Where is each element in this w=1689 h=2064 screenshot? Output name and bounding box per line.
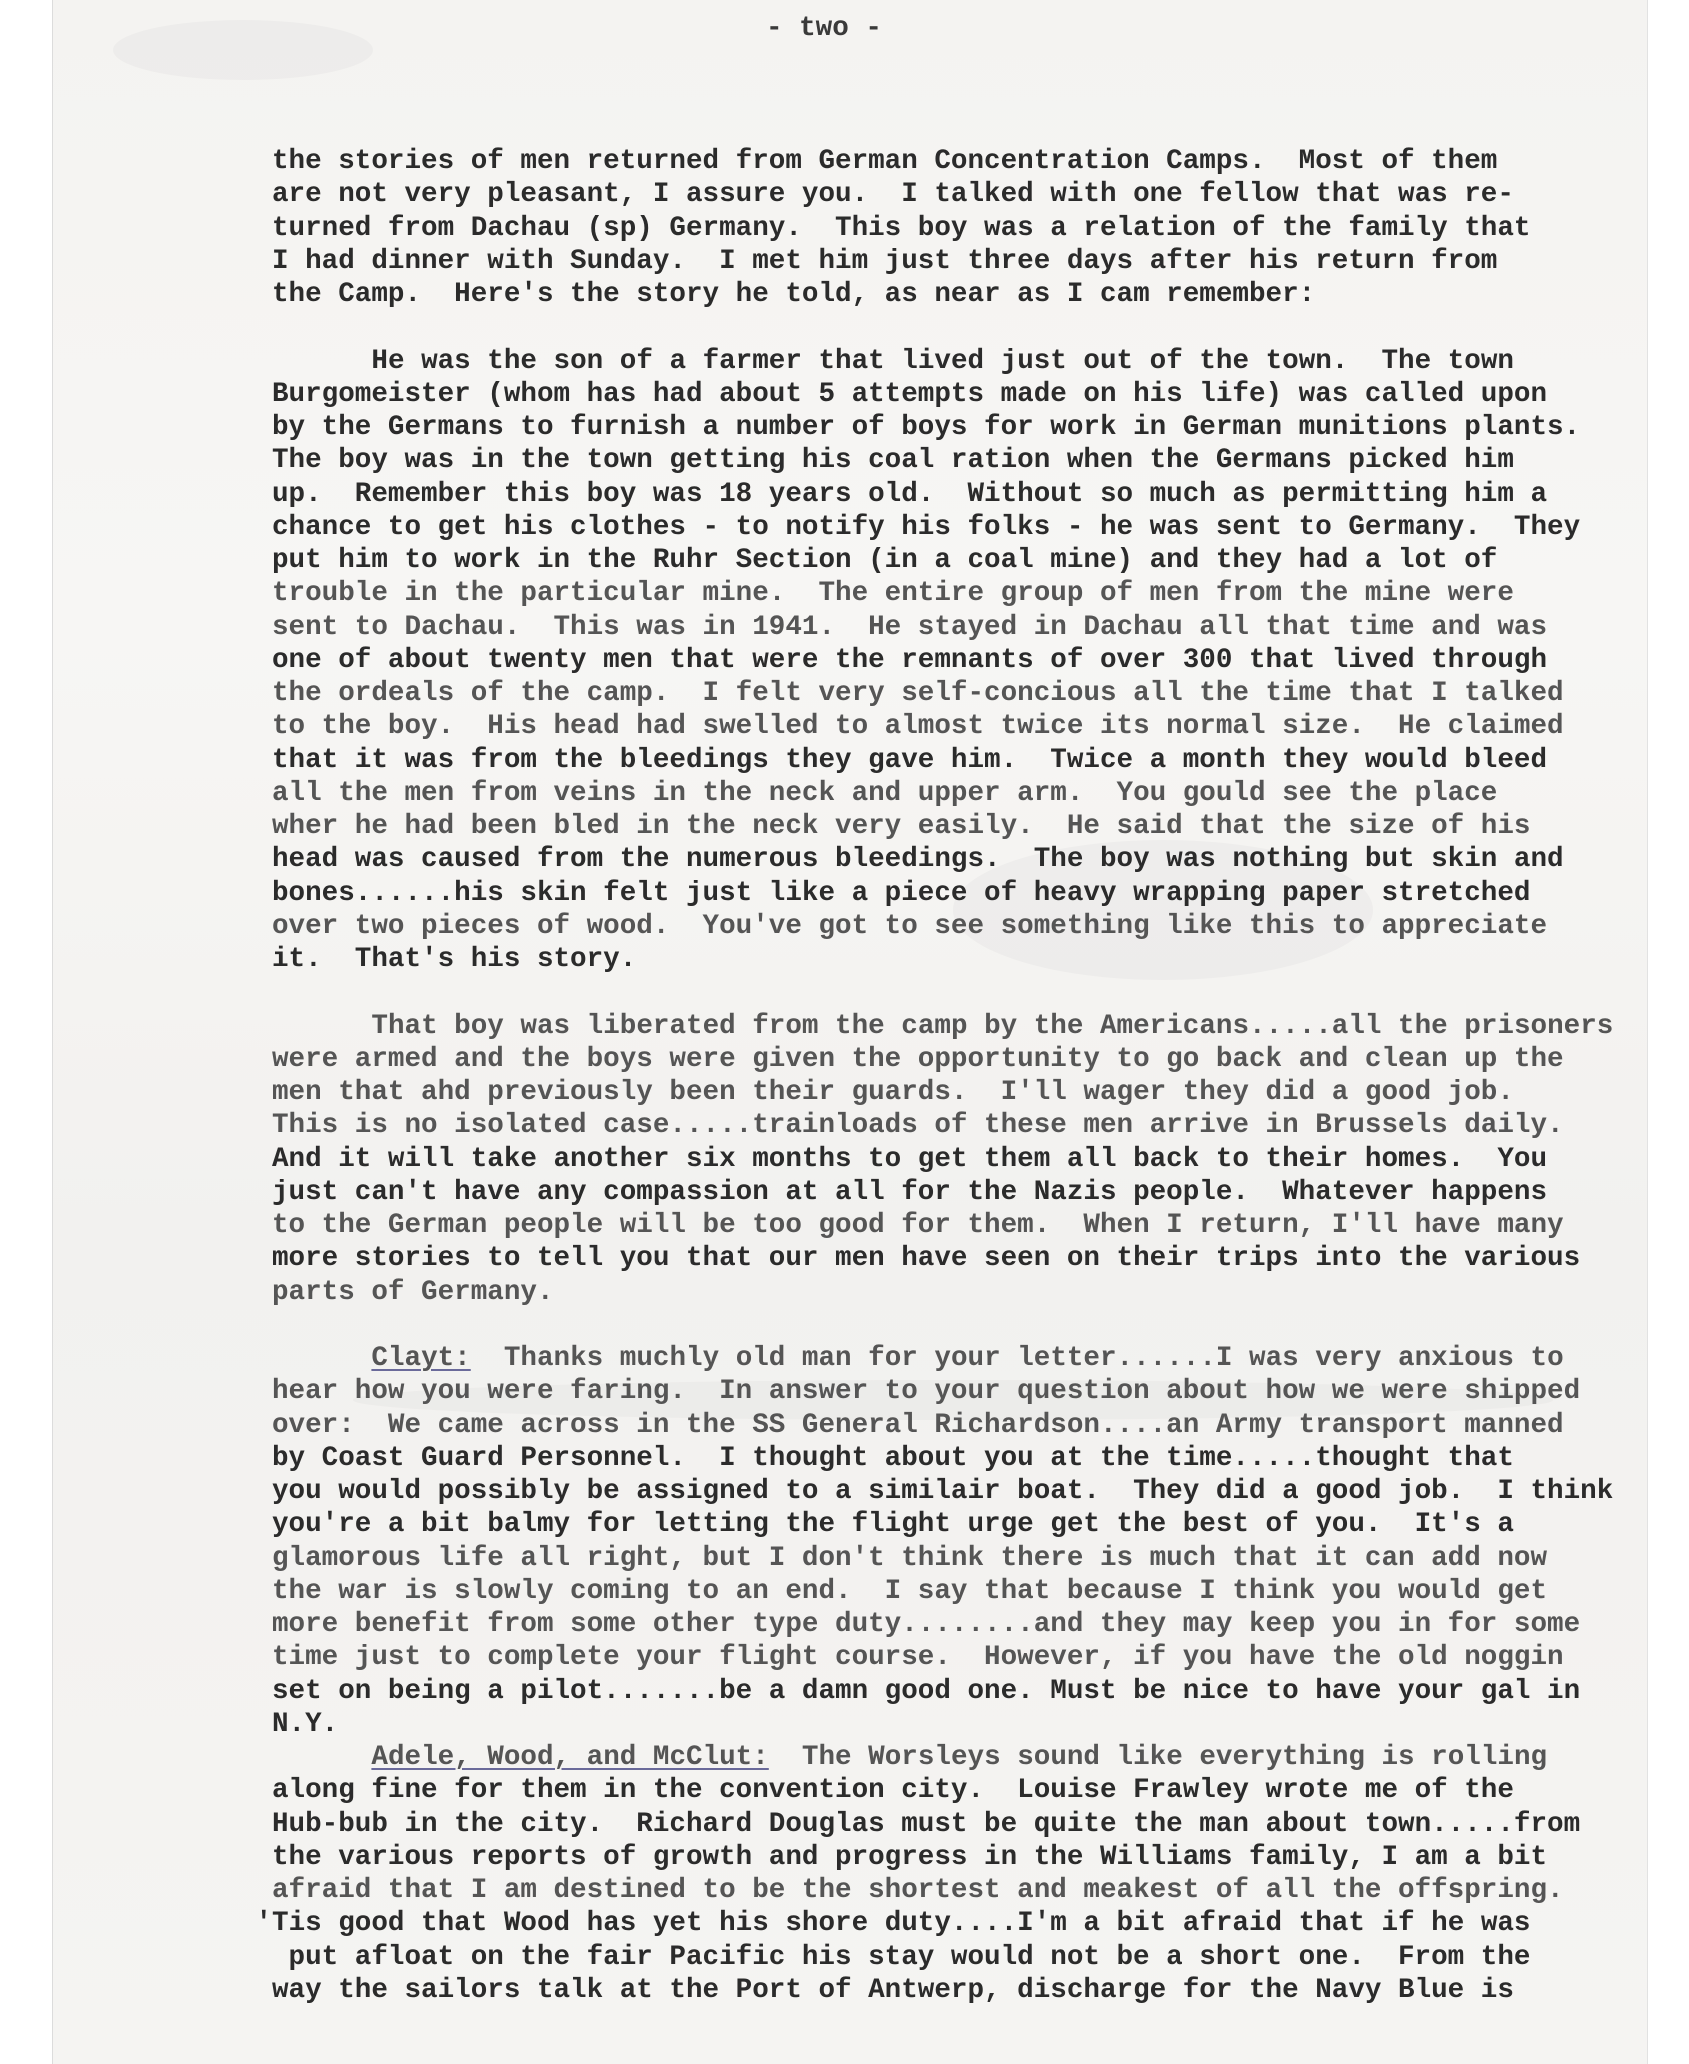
paper-stain [113, 20, 373, 80]
text-line: more benefit from some other type duty..… [272, 1608, 1613, 1641]
text-line: glamorous life all right, but I don't th… [272, 1542, 1613, 1575]
text-line: more stories to tell you that our men ha… [272, 1242, 1613, 1275]
text-line: wher he had been bled in the neck very e… [272, 810, 1613, 843]
text-line: He was the son of a farmer that lived ju… [272, 345, 1613, 378]
text-line: put him to work in the Ruhr Section (in … [272, 544, 1613, 577]
addressee-label: Adele, Wood, and McClut: [371, 1742, 768, 1773]
text-line: turned from Dachau (sp) Germany. This bo… [272, 212, 1613, 245]
text-line: the stories of men returned from German … [272, 145, 1613, 178]
text-line: the various reports of growth and progre… [272, 1841, 1613, 1874]
paragraph-continuation: the stories of men returned from German … [272, 145, 1613, 311]
blank-line [272, 976, 1613, 1009]
text-line: This is no isolated case.....trainloads … [272, 1109, 1613, 1142]
text-line: afraid that I am destined to be the shor… [272, 1874, 1613, 1907]
paragraph-clayt: Clayt: Thanks muchly old man for your le… [272, 1342, 1613, 1741]
text-line: time just to complete your flight course… [272, 1641, 1613, 1674]
text-line: Burgomeister (whom has had about 5 attem… [272, 378, 1613, 411]
text-line: by Coast Guard Personnel. I thought abou… [272, 1442, 1613, 1475]
text-line: you're a bit balmy for letting the fligh… [272, 1508, 1613, 1541]
letter-body: the stories of men returned from German … [272, 145, 1613, 2007]
text-line: all the men from veins in the neck and u… [272, 777, 1613, 810]
text-line: men that ahd previously been their guard… [272, 1076, 1613, 1109]
paragraph-liberation: That boy was liberated from the camp by … [272, 1010, 1613, 1309]
blank-line [272, 1309, 1613, 1342]
text-line: parts of Germany. [272, 1276, 1613, 1309]
text-line: the ordeals of the camp. I felt very sel… [272, 677, 1613, 710]
text-line: set on being a pilot.......be a damn goo… [272, 1675, 1613, 1708]
paragraph-story: He was the son of a farmer that lived ju… [272, 345, 1613, 977]
text-line: bones......his skin felt just like a pie… [272, 877, 1613, 910]
text-line: up. Remember this boy was 18 years old. … [272, 478, 1613, 511]
paragraph-adele-wood-mcclut: Adele, Wood, and McClut: The Worsleys so… [272, 1741, 1613, 2007]
text-fragment: The Worsleys sound like everything is ro… [769, 1742, 1547, 1773]
text-line: put afloat on the fair Pacific his stay … [272, 1941, 1613, 1974]
text-line: were armed and the boys were given the o… [272, 1043, 1613, 1076]
text-line: that it was from the bleedings they gave… [272, 744, 1613, 777]
text-line: head was caused from the numerous bleedi… [272, 843, 1613, 876]
text-line: That boy was liberated from the camp by … [272, 1010, 1613, 1043]
text-line: And it will take another six months to g… [272, 1143, 1613, 1176]
blank-line [272, 311, 1613, 344]
text-line: to the German people will be too good fo… [272, 1209, 1613, 1242]
text-fragment: Thanks muchly old man for your letter...… [471, 1343, 1564, 1374]
text-line: along fine for them in the convention ci… [272, 1774, 1613, 1807]
text-line: are not very pleasant, I assure you. I t… [272, 178, 1613, 211]
text-line: The boy was in the town getting his coal… [272, 444, 1613, 477]
text-line: to the boy. His head had swelled to almo… [272, 710, 1613, 743]
text-line: over two pieces of wood. You've got to s… [272, 910, 1613, 943]
text-line: by the Germans to furnish a number of bo… [272, 411, 1613, 444]
text-line: you would possibly be assigned to a simi… [272, 1475, 1613, 1508]
text-line: sent to Dachau. This was in 1941. He sta… [272, 611, 1613, 644]
text-line: one of about twenty men that were the re… [272, 644, 1613, 677]
page-number: - two - [766, 12, 882, 45]
text-line: I had dinner with Sunday. I met him just… [272, 245, 1613, 278]
text-line: it. That's his story. [272, 943, 1613, 976]
text-line: Adele, Wood, and McClut: The Worsleys so… [272, 1741, 1613, 1774]
text-line: way the sailors talk at the Port of Antw… [272, 1974, 1613, 2007]
text-line: the war is slowly coming to an end. I sa… [272, 1575, 1613, 1608]
text-line: chance to get his clothes - to notify hi… [272, 511, 1613, 544]
text-line: just can't have any compassion at all fo… [272, 1176, 1613, 1209]
text-line: N.Y. [272, 1708, 1613, 1741]
text-line: the Camp. Here's the story he told, as n… [272, 278, 1613, 311]
text-line: over: We came across in the SS General R… [272, 1409, 1613, 1442]
text-line: Hub-bub in the city. Richard Douglas mus… [272, 1808, 1613, 1841]
text-line: trouble in the particular mine. The enti… [272, 577, 1613, 610]
text-line: 'Tis good that Wood has yet his shore du… [255, 1907, 1613, 1940]
text-line: hear how you were faring. In answer to y… [272, 1375, 1613, 1408]
addressee-label: Clayt: [371, 1343, 470, 1374]
text-line: Clayt: Thanks muchly old man for your le… [272, 1342, 1613, 1375]
